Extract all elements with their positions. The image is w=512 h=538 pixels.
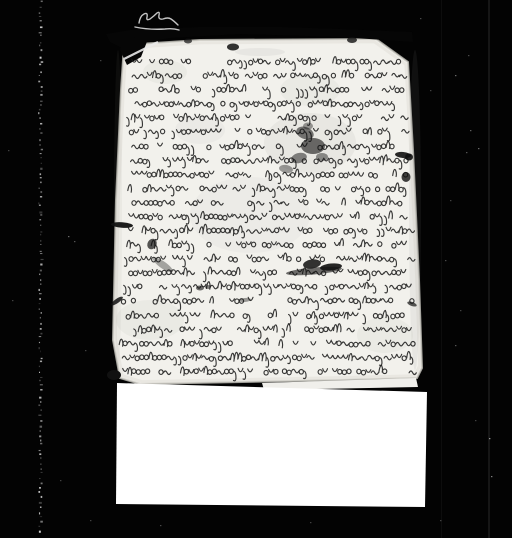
film-speck (40, 361, 42, 363)
film-speck (40, 328, 42, 330)
film-speck (40, 101, 43, 102)
film-speck (39, 487, 41, 489)
dust-speck (470, 130, 471, 131)
dust-speck (460, 310, 461, 311)
blank-white-card (116, 383, 427, 507)
ink-blot (402, 172, 411, 182)
film-speck (41, 358, 43, 359)
film-speck (41, 410, 42, 411)
ink-blot (347, 37, 357, 43)
stain-ghost (116, 300, 184, 340)
film-speck (40, 35, 41, 36)
film-speck (40, 283, 41, 285)
film-speck (40, 20, 42, 21)
film-speck (39, 205, 41, 206)
film-speck (41, 86, 43, 88)
ink-blot (107, 370, 121, 380)
film-speck (40, 333, 42, 335)
ink-blot (301, 138, 325, 154)
film-speck (39, 293, 42, 294)
film-speck (40, 323, 42, 325)
ink-blot (184, 39, 192, 44)
film-speck (39, 13, 40, 14)
film-speck (40, 464, 41, 465)
film-speck (40, 279, 41, 281)
film-speck (38, 112, 39, 114)
dust-speck (475, 420, 476, 421)
film-speck (39, 478, 41, 479)
film-speck (40, 196, 42, 197)
film-speck (39, 117, 41, 119)
film-speck (40, 225, 41, 226)
dust-speck (74, 241, 75, 242)
film-speck (41, 61, 44, 63)
dust-speck (160, 525, 161, 526)
film-speck (40, 57, 42, 59)
dust-speck (440, 520, 441, 521)
film-speck (40, 270, 42, 272)
film-speck (40, 173, 42, 175)
film-speck (40, 42, 41, 43)
dust-speck (468, 55, 469, 56)
dust-speck (60, 480, 61, 481)
ink-blot (227, 44, 239, 51)
dust-speck (445, 260, 446, 261)
dust-speck (85, 350, 86, 351)
film-speck (40, 426, 43, 428)
film-speck (41, 1, 43, 3)
film-speck (41, 163, 42, 164)
dust-speck (100, 60, 101, 61)
film-speck (40, 377, 42, 378)
dust-speck (455, 75, 456, 76)
film-speck (38, 415, 41, 416)
ink-blot (405, 154, 413, 161)
stain-ghost (235, 48, 285, 56)
film-speck (40, 71, 42, 73)
film-scratch-line (441, 0, 442, 538)
film-speck (40, 182, 42, 184)
film-speck (38, 491, 40, 493)
film-speck (40, 94, 42, 96)
film-speck (38, 81, 40, 83)
dust-speck (12, 300, 13, 301)
film-speck (39, 109, 41, 110)
film-speck (41, 49, 43, 51)
film-speck (41, 468, 42, 470)
film-speck (40, 251, 42, 252)
dust-speck (450, 200, 451, 201)
film-speck (40, 384, 43, 385)
film-speck (40, 231, 42, 232)
stain-ghost (409, 50, 421, 370)
film-speck (39, 347, 40, 349)
film-speck (41, 90, 43, 92)
film-speck (39, 397, 41, 399)
film-speck (39, 336, 41, 337)
film-speck (40, 317, 41, 319)
film-speck (39, 502, 42, 504)
film-speck (39, 64, 41, 66)
manuscript-photo (0, 0, 512, 538)
film-speck (39, 45, 40, 47)
dust-speck (68, 236, 69, 237)
dust-speck (489, 438, 490, 439)
film-speck (40, 132, 42, 133)
film-speck (40, 240, 41, 242)
film-speck (41, 483, 43, 485)
microfilm-photo-frame (0, 0, 512, 538)
film-speck (39, 435, 41, 437)
film-speck (40, 123, 42, 125)
film-speck (39, 274, 40, 275)
film-speck (40, 177, 42, 178)
film-speck (40, 214, 42, 215)
dust-speck (455, 345, 456, 346)
film-speck (40, 26, 43, 28)
film-speck (39, 219, 41, 220)
film-speck (40, 153, 42, 154)
film-speck (39, 188, 40, 189)
film-speck (39, 211, 42, 213)
film-speck (38, 404, 40, 406)
ink-blot (196, 286, 204, 291)
film-speck (40, 191, 42, 193)
film-speck (39, 512, 40, 514)
film-speck (39, 450, 41, 451)
film-speck (40, 7, 42, 8)
film-speck (40, 516, 42, 517)
film-speck (39, 32, 42, 33)
stain-ghost (114, 50, 122, 370)
film-speck (39, 75, 40, 76)
film-speck (41, 312, 42, 314)
film-speck (39, 531, 41, 533)
film-speck (40, 168, 42, 170)
film-speck (40, 521, 43, 523)
film-speck (40, 389, 42, 391)
film-speck (40, 253, 42, 254)
film-speck (39, 366, 40, 367)
film-speck (40, 440, 41, 442)
dust-speck (8, 150, 9, 151)
film-speck (40, 157, 41, 158)
dust-speck (466, 152, 467, 153)
dust-speck (491, 476, 492, 477)
film-speck (39, 372, 40, 373)
film-scratch-line (489, 0, 490, 538)
dust-speck (310, 522, 311, 523)
film-speck (40, 350, 41, 352)
ink-blot (205, 285, 211, 289)
film-speck (39, 16, 41, 17)
film-speck (40, 234, 41, 236)
film-speck (40, 457, 41, 459)
ink-blot (316, 153, 328, 161)
film-speck (38, 289, 40, 291)
film-speck (40, 420, 42, 422)
film-speck (39, 380, 40, 381)
film-speck (39, 128, 41, 130)
dust-speck (420, 18, 421, 19)
dust-speck (430, 90, 431, 91)
film-speck (40, 104, 41, 106)
film-speck (40, 401, 41, 402)
film-speck (39, 308, 40, 309)
film-speck (39, 453, 41, 455)
dust-speck (478, 148, 479, 149)
film-speck (40, 443, 42, 445)
film-speck (39, 298, 40, 300)
dust-speck (90, 520, 91, 521)
film-speck (41, 149, 43, 150)
film-speck (41, 259, 44, 260)
film-speck (39, 342, 40, 343)
ink-blot (303, 123, 313, 130)
film-speck (39, 144, 40, 146)
film-speck (38, 526, 40, 527)
film-speck (39, 139, 41, 141)
film-speck (40, 263, 42, 265)
film-speck (40, 244, 41, 245)
film-speck (41, 472, 43, 473)
film-speck (39, 430, 41, 431)
film-speck (38, 202, 39, 204)
film-speck (39, 303, 41, 304)
film-speck (40, 506, 42, 508)
film-speck (41, 496, 43, 498)
